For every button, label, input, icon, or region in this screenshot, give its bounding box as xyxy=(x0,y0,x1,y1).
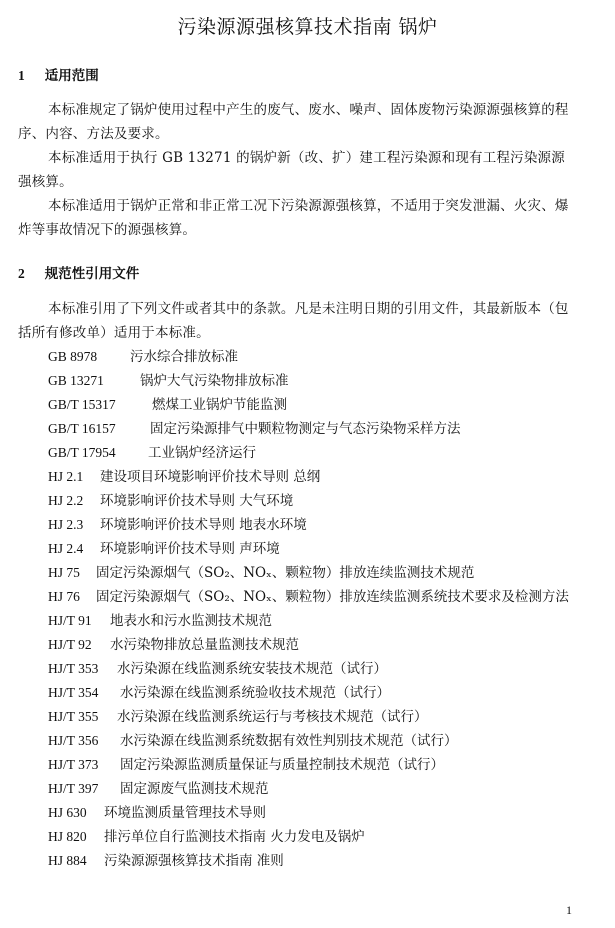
reference-title: 污染源源强核算技术指南 准则 xyxy=(104,849,284,873)
reference-code: HJ/T 91 xyxy=(48,609,110,633)
reference-title: 固定污染源烟气（SO₂、NOₓ、颗粒物）排放连续监测技术规范 xyxy=(96,561,474,585)
reference-title: 水污染源在线监测系统运行与考核技术规范（试行） xyxy=(117,705,428,729)
reference-item: HJ 630环境监测质量管理技术导则 xyxy=(48,801,608,825)
reference-code: HJ/T 353 xyxy=(48,657,117,681)
reference-list: GB 8978污水综合排放标准 GB 13271锅炉大气污染物排放标准 GB/T… xyxy=(48,345,608,873)
reference-title: 锅炉大气污染物排放标准 xyxy=(140,369,289,393)
reference-code: HJ 820 xyxy=(48,825,104,849)
reference-code: HJ 884 xyxy=(48,849,104,873)
reference-code: HJ 76 xyxy=(48,585,96,609)
reference-item: HJ/T 92水污染物排放总量监测技术规范 xyxy=(48,633,608,657)
reference-code: GB/T 16157 xyxy=(48,417,150,441)
reference-item: HJ 884污染源源强核算技术指南 准则 xyxy=(48,849,608,873)
reference-title: 地表水和污水监测技术规范 xyxy=(110,609,272,633)
reference-title: 固定源废气监测技术规范 xyxy=(120,777,269,801)
reference-title: 环境影响评价技术导则 声环境 xyxy=(100,537,280,561)
reference-code: GB 13271 xyxy=(48,369,140,393)
reference-code: GB 8978 xyxy=(48,345,130,369)
reference-code: HJ 2.3 xyxy=(48,513,100,537)
reference-title: 燃煤工业锅炉节能监测 xyxy=(152,393,287,417)
reference-item: HJ 2.3环境影响评价技术导则 地表水环境 xyxy=(48,513,608,537)
section-title: 适用范围 xyxy=(45,68,99,84)
reference-item: HJ 820排污单位自行监测技术指南 火力发电及锅炉 xyxy=(48,825,608,849)
reference-item: HJ/T 353水污染源在线监测系统安装技术规范（试行） xyxy=(48,657,608,681)
reference-code: HJ/T 354 xyxy=(48,681,120,705)
reference-code: HJ/T 397 xyxy=(48,777,120,801)
page-number: 1 xyxy=(566,903,572,918)
reference-code: HJ/T 356 xyxy=(48,729,120,753)
document-page: 污染源源强核算技术指南 锅炉 1 适用范围 本标准规定了锅炉使用过程中产生的废气… xyxy=(0,0,615,928)
reference-item: HJ/T 373固定污染源监测质量保证与质量控制技术规范（试行） xyxy=(48,753,608,777)
reference-title: 水污染源在线监测系统验收技术规范（试行） xyxy=(120,681,390,705)
reference-title: 环境影响评价技术导则 大气环境 xyxy=(100,489,293,513)
reference-title: 水污染物排放总量监测技术规范 xyxy=(110,633,299,657)
reference-item: GB 13271锅炉大气污染物排放标准 xyxy=(48,369,608,393)
reference-title: 排污单位自行监测技术指南 火力发电及锅炉 xyxy=(104,825,365,849)
reference-title: 污水综合排放标准 xyxy=(130,345,238,369)
reference-title: 水污染源在线监测系统数据有效性判别技术规范（试行） xyxy=(120,729,458,753)
reference-code: GB/T 17954 xyxy=(48,441,148,465)
reference-item: HJ/T 354水污染源在线监测系统验收技术规范（试行） xyxy=(48,681,608,705)
reference-code: HJ 2.4 xyxy=(48,537,100,561)
reference-title: 固定污染源烟气（SO₂、NOₓ、颗粒物）排放连续监测系统技术要求及检测方法 xyxy=(96,585,569,609)
reference-item: GB 8978污水综合排放标准 xyxy=(48,345,608,369)
section-2-heading: 2 规范性引用文件 xyxy=(18,262,139,282)
paragraph: 本标准规定了锅炉使用过程中产生的废气、废水、噪声、固体废物污染源源强核算的程序、… xyxy=(18,98,578,146)
reference-item: HJ 2.4环境影响评价技术导则 声环境 xyxy=(48,537,608,561)
reference-title: 环境监测质量管理技术导则 xyxy=(104,801,266,825)
reference-code: HJ 2.2 xyxy=(48,489,100,513)
reference-code: HJ 2.1 xyxy=(48,465,100,489)
paragraph: 本标准适用于锅炉正常和非正常工况下污染源源强核算，不适用于突发泄漏、火灾、爆炸等… xyxy=(18,194,578,242)
section-1-heading: 1 适用范围 xyxy=(18,64,99,84)
reference-item: HJ/T 397固定源废气监测技术规范 xyxy=(48,777,608,801)
reference-item: GB/T 16157固定污染源排气中颗粒物测定与气态污染物采样方法 xyxy=(48,417,608,441)
section-number: 2 xyxy=(18,266,40,282)
paragraph: 本标准引用了下列文件或者其中的条款。凡是未注明日期的引用文件，其最新版本（包括所… xyxy=(18,297,578,345)
reference-item: HJ/T 91地表水和污水监测技术规范 xyxy=(48,609,608,633)
reference-title: 环境影响评价技术导则 地表水环境 xyxy=(100,513,307,537)
reference-code: GB/T 15317 xyxy=(48,393,152,417)
document-title: 污染源源强核算技术指南 锅炉 xyxy=(0,12,615,39)
reference-title: 固定污染源监测质量保证与质量控制技术规范（试行） xyxy=(120,753,444,777)
section-number: 1 xyxy=(18,68,40,84)
reference-title: 建设项目环境影响评价技术导则 总纲 xyxy=(100,465,320,489)
reference-code: HJ/T 373 xyxy=(48,753,120,777)
reference-title: 工业锅炉经济运行 xyxy=(148,441,256,465)
reference-title: 水污染源在线监测系统安装技术规范（试行） xyxy=(117,657,387,681)
reference-code: HJ 75 xyxy=(48,561,96,585)
reference-code: HJ/T 355 xyxy=(48,705,117,729)
reference-code: HJ/T 92 xyxy=(48,633,110,657)
reference-title: 固定污染源排气中颗粒物测定与气态污染物采样方法 xyxy=(150,417,461,441)
reference-item: HJ/T 356水污染源在线监测系统数据有效性判别技术规范（试行） xyxy=(48,729,608,753)
reference-item: GB/T 17954工业锅炉经济运行 xyxy=(48,441,608,465)
section-title: 规范性引用文件 xyxy=(45,266,140,282)
reference-item: HJ 76固定污染源烟气（SO₂、NOₓ、颗粒物）排放连续监测系统技术要求及检测… xyxy=(48,585,608,609)
reference-code: HJ 630 xyxy=(48,801,104,825)
reference-item: HJ/T 355水污染源在线监测系统运行与考核技术规范（试行） xyxy=(48,705,608,729)
reference-item: HJ 75固定污染源烟气（SO₂、NOₓ、颗粒物）排放连续监测技术规范 xyxy=(48,561,608,585)
reference-item: HJ 2.2环境影响评价技术导则 大气环境 xyxy=(48,489,608,513)
reference-item: GB/T 15317燃煤工业锅炉节能监测 xyxy=(48,393,608,417)
paragraph: 本标准适用于执行 GB 13271 的锅炉新（改、扩）建工程污染源和现有工程污染… xyxy=(18,146,578,194)
reference-item: HJ 2.1建设项目环境影响评价技术导则 总纲 xyxy=(48,465,608,489)
